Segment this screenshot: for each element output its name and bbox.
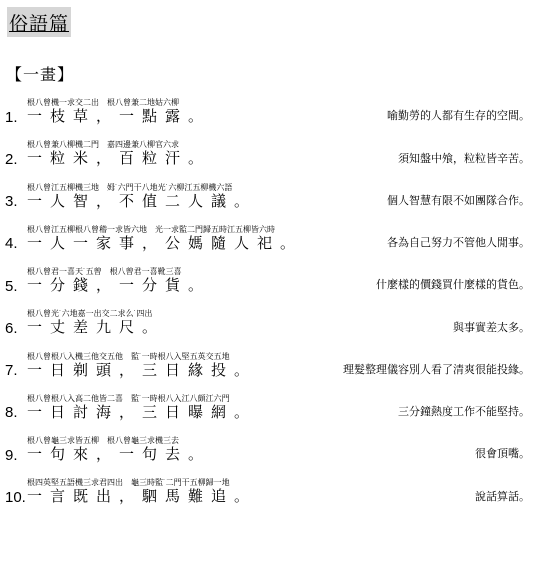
entry-explanation: 各為自己努力不管他人閒事。 xyxy=(387,236,530,252)
entry-body: 根八曾江五柳根八曾稽一求皆六地 光一求監二門歸五時江五柳皆六時 一人一家事，公媽… xyxy=(27,225,303,252)
phonetic-ruby: 根四英堅五語機三求君四出 龜三時監˙二門干五柳歸一地 xyxy=(27,478,257,488)
phonetic-ruby: 根八曾機一求交二出 根八曾兼二地姑六柳 xyxy=(27,98,211,108)
phonetic-ruby: 根八曾江五柳機三地 姆˙六門干八地光˙六柳江五柳機六語 xyxy=(27,183,257,193)
proverb-text: 一句來，一句去。 xyxy=(27,446,211,463)
proverb-text: 一分錢，一分貨。 xyxy=(27,277,211,294)
entry-explanation: 須知盤中飧，粒粒皆辛苦。 xyxy=(398,152,530,168)
document-page: 俗語篇 【一畫】 1. 根八曾機一求交二出 根八曾兼二地姑六柳 一枝草，一點露。… xyxy=(0,0,533,564)
proverb-text: 一人一家事，公媽隨人祀。 xyxy=(27,235,303,252)
entry-body: 根八曾江五柳機三地 姆˙六門干八地光˙六柳江五柳機六語 一人智，不值二人議。 xyxy=(27,183,257,210)
entry-explanation: 與事實差太多。 xyxy=(453,321,530,337)
entry-body: 根八曾根八入機三他交五他 監˙一時根八入堅五英交五地 一日剃頭，三日緣投。 xyxy=(27,352,257,379)
entry-body: 根四英堅五語機三求君四出 龜三時監˙二門干五柳歸一地 一言既出，駟馬難追。 xyxy=(27,478,257,505)
entry-body: 根八曾機一求交二出 根八曾兼二地姑六柳 一枝草，一點露。 xyxy=(27,98,211,125)
proverb-entry: 1. 根八曾機一求交二出 根八曾兼二地姑六柳 一枝草，一點露。 喻勤勞的人都有生… xyxy=(0,98,533,125)
entry-body: 根八曾兼八柳機二門 嘉四邊兼八柳官六求 一粒米，百粒汗。 xyxy=(27,140,211,167)
phonetic-ruby: 根八曾根八入高二他皆二喜 監˙一時根八入江八頗江六門 xyxy=(27,394,257,404)
entry-explanation: 個人智慧有限不如團隊合作。 xyxy=(387,194,530,210)
entry-number: 1. xyxy=(5,110,27,126)
entry-number: 5. xyxy=(5,279,27,295)
proverb-text: 一丈差九尺。 xyxy=(27,319,165,336)
phonetic-ruby: 根八曾江五柳根八曾稽一求皆六地 光一求監二門歸五時江五柳皆六時 xyxy=(27,225,303,235)
entry-body: 根八曾君一喜天˙五曾 根八曾君一喜靴三喜 一分錢，一分貨。 xyxy=(27,267,211,294)
entry-explanation: 什麼樣的價錢買什麼樣的貨色。 xyxy=(376,278,530,294)
entry-explanation: 三分鐘熱度工作不能堅持。 xyxy=(398,405,530,421)
phonetic-ruby: 根八曾君一喜天˙五曾 根八曾君一喜靴三喜 xyxy=(27,267,211,277)
proverb-entry: 9. 根八曾龜三求皆五柳 根八曾龜三求機三去 一句來，一句去。 很會頂嘴。 xyxy=(0,436,533,463)
entry-explanation: 理髮整理儀容別人看了清爽很能投緣。 xyxy=(343,363,530,379)
entry-number: 3. xyxy=(5,194,27,210)
entry-explanation: 很會頂嘴。 xyxy=(475,447,530,463)
proverb-entry: 4. 根八曾江五柳根八曾稽一求皆六地 光一求監二門歸五時江五柳皆六時 一人一家事… xyxy=(0,225,533,252)
proverb-text: 一言既出，駟馬難追。 xyxy=(27,488,257,505)
page-title: 俗語篇 xyxy=(7,7,71,37)
proverb-entry: 6. 根八曾光˙六地嘉一出交二求么˙四出 一丈差九尺。 與事實差太多。 xyxy=(0,309,533,336)
proverb-list: 1. 根八曾機一求交二出 根八曾兼二地姑六柳 一枝草，一點露。 喻勤勞的人都有生… xyxy=(0,98,533,506)
phonetic-ruby: 根八曾龜三求皆五柳 根八曾龜三求機三去 xyxy=(27,436,211,446)
entry-body: 根八曾光˙六地嘉一出交二求么˙四出 一丈差九尺。 xyxy=(27,309,165,336)
proverb-entry: 5. 根八曾君一喜天˙五曾 根八曾君一喜靴三喜 一分錢，一分貨。 什麼樣的價錢買… xyxy=(0,267,533,294)
entry-number: 10. xyxy=(5,490,27,506)
proverb-entry: 2. 根八曾兼八柳機二門 嘉四邊兼八柳官六求 一粒米，百粒汗。 須知盤中飧，粒粒… xyxy=(0,140,533,167)
entry-number: 8. xyxy=(5,405,27,421)
entry-explanation: 說話算話。 xyxy=(475,490,530,506)
proverb-entry: 7. 根八曾根八入機三他交五他 監˙一時根八入堅五英交五地 一日剃頭，三日緣投。… xyxy=(0,352,533,379)
entry-body: 根八曾根八入高二他皆二喜 監˙一時根八入江八頗江六門 一日討海，三日曝網。 xyxy=(27,394,257,421)
phonetic-ruby: 根八曾根八入機三他交五他 監˙一時根八入堅五英交五地 xyxy=(27,352,257,362)
phonetic-ruby: 根八曾光˙六地嘉一出交二求么˙四出 xyxy=(27,309,165,319)
section-heading: 【一畫】 xyxy=(6,62,533,85)
entry-number: 2. xyxy=(5,152,27,168)
entry-number: 7. xyxy=(5,363,27,379)
entry-number: 6. xyxy=(5,321,27,337)
proverb-text: 一日討海，三日曝網。 xyxy=(27,404,257,421)
proverb-entry: 3. 根八曾江五柳機三地 姆˙六門干八地光˙六柳江五柳機六語 一人智，不值二人議… xyxy=(0,183,533,210)
proverb-entry: 10. 根四英堅五語機三求君四出 龜三時監˙二門干五柳歸一地 一言既出，駟馬難追… xyxy=(0,478,533,505)
entry-number: 4. xyxy=(5,236,27,252)
proverb-text: 一人智，不值二人議。 xyxy=(27,193,257,210)
title-row: 俗語篇 xyxy=(0,7,533,37)
entry-body: 根八曾龜三求皆五柳 根八曾龜三求機三去 一句來，一句去。 xyxy=(27,436,211,463)
phonetic-ruby: 根八曾兼八柳機二門 嘉四邊兼八柳官六求 xyxy=(27,140,211,150)
proverb-text: 一日剃頭，三日緣投。 xyxy=(27,362,257,379)
entry-explanation: 喻勤勞的人都有生存的空間。 xyxy=(387,109,530,125)
entry-number: 9. xyxy=(5,448,27,464)
proverb-text: 一粒米，百粒汗。 xyxy=(27,150,211,167)
proverb-text: 一枝草，一點露。 xyxy=(27,108,211,125)
proverb-entry: 8. 根八曾根八入高二他皆二喜 監˙一時根八入江八頗江六門 一日討海，三日曝網。… xyxy=(0,394,533,421)
